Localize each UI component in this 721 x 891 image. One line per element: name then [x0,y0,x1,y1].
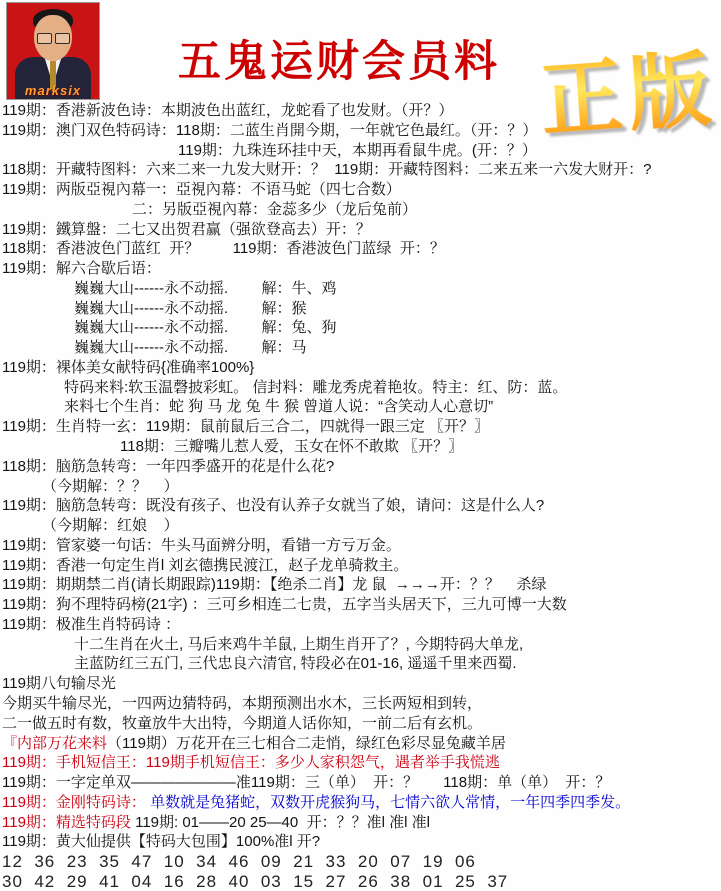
text-segment: 119期：金刚特码诗： [2,794,146,811]
content-line: 主蓝防红三五门, 三代忠良六清官, 特段必在01-16, 遥遥千里来西蜀. [2,654,719,674]
content-line: 二：另版亞視內幕：金蕊多少（龙后兔前） [2,200,719,220]
text-segment: 119期：一字定单双———————准119期：三（单） 开：？ 118期：单（单… [2,774,610,791]
text-segment: 巍巍大山------永不动摇. 解：牛、鸡 [74,280,336,297]
content-line: 特码来料:软玉温磬披彩虹。 信封料：雕龙秀虎着艳妆。特主：红、防：蓝。 [2,378,719,398]
content-line: 『内部万花来料（119期）万花开在三七相合二走悄，绿红色彩尽显兔藏羊居 [2,734,719,754]
content-line: 119期：解六合歇后语： [2,259,719,279]
content-line: 119期：期期禁二肖(请长期跟踪)119期：【绝杀二肖】龙 鼠 →→→开：？？ … [2,575,719,595]
content-line: 119期：极准生肖特码诗 ： [2,615,719,635]
text-segment: 二：另版亞視內幕：金蕊多少（龙后兔前） [132,201,417,218]
content-line: 来料七个生肖：蛇 狗 马 龙 兔 牛 猴 曾道人说：“含笑动人心意切” [2,397,719,417]
text-segment: （今期解：？？ ） [42,478,179,495]
content-line: 118期：脑筋急转弯：一年四季盛开的花是什么花? [2,457,719,477]
content-line: 119期：香港一句定生肖l 刘玄德携民渡江，赵子龙单骑救主。 [2,556,719,576]
photo-caption: marksix [7,83,99,98]
content-line: 十二生肖在火土, 马后来鸡牛羊鼠, 上期生肖开了？, 今期特码大单龙, [2,635,719,655]
content-line: 119期：脑筋急转弯：既没有孩子、也没有认养子女就当了娘，请问：这是什么人? [2,496,719,516]
content-line: 119期：裸体美女献特码{准确率100%} [2,358,719,378]
text-segment: 特码来料:软玉温磬披彩虹。 信封料：雕龙秀虎着艳妆。特主：红、防：蓝。 [64,379,567,396]
text-segment: 巍巍大山------永不动摇. 解：猴 [74,300,306,317]
text-segment: 119期：解六合歇后语： [2,260,161,277]
text-segment: 119期：九珠连环挂中天，本期再看鼠牛虎。(开：？） [178,142,537,159]
content-line: 巍巍大山------永不动摇. 解：牛、鸡 [2,279,719,299]
content-line: 119期：管家婆一句话：牛头马面辨分明，看错一方亏万金。 [2,536,719,556]
text-segment: 十二生肖在火土, 马后来鸡牛羊鼠, 上期生肖开了？, 今期特码大单龙, [74,636,523,653]
text-segment: （今期解：红娘 ） [42,517,179,534]
content-line: （今期解：红娘 ） [2,516,719,536]
content-line: 119期：两版亞視內幕一：亞視內幕：不语马蛇（四七合数） [2,180,719,200]
glasses-icon [37,33,52,44]
content-line: 119期：香港新波色诗：本期波色出蓝红，龙蛇看了也发财。（开？） [2,101,719,121]
content-line: 119期：生肖特一玄：119期：鼠前鼠后三合二，四就得一跟三定 〖开？〗 [2,417,719,437]
text-segment: 二一做五时有数，牧童放牛大出特，今期道人话你知，一前二后有玄机。 [2,715,482,732]
glasses-icon [55,33,70,44]
content-line: 118期：香港波色门蓝红 开？ 119期：香港波色门蓝绿 开：？ [2,239,719,259]
text-segment: 主蓝防红三五门, 三代忠良六清官, 特段必在01-16, 遥遥千里来西蜀. [74,655,517,672]
text-segment: 来料七个生肖：蛇 狗 马 龙 兔 牛 猴 曾道人说：“含笑动人心意切” [64,398,493,415]
content-line: 119期：九珠连环挂中天，本期再看鼠牛虎。(开：？） [2,141,719,161]
text-segment: 巍巍大山------永不动摇. 解：马 [74,339,306,356]
number-pool-row: 12 36 23 35 47 10 34 46 09 21 33 20 07 1… [2,852,476,871]
text-segment: 119期：手机短信王：119期手机短信王：多少人家积怨气，遇者举手我慌逃 [2,754,500,771]
content-line: 30 42 29 41 04 16 28 40 03 15 27 26 38 0… [2,872,719,891]
text-segment: 『内部万花来料 [2,735,107,752]
content-line: 二一做五时有数，牧童放牛大出特，今期道人话你知，一前二后有玄机。 [2,714,719,734]
content-line: 119期：手机短信王：119期手机短信王：多少人家积怨气，遇者举手我慌逃 [2,753,719,773]
text-segment: 119期：生肖特一玄：119期：鼠前鼠后三合二，四就得一跟三定 〖开？〗 [2,418,489,435]
content-line: 119期：金刚特码诗： 单数就是兔猪蛇，双数开虎猴狗马，七情六欲人常情，一年四季… [2,793,719,813]
content-line: 119期：精选特码段 119期: 01——20 25—40 开：？？准l 准l … [2,813,719,833]
content-line: 118期：开藏特图料：六来二来一九发大财开：？ 119期：开藏特图料：二来五来一… [2,160,719,180]
content-line: 巍巍大山------永不动摇. 解：猴 [2,299,719,319]
content-line: 119期：澳门双色特码诗：118期：二蓝生肖開今期，一年就它色最红。（开：？） [2,121,719,141]
page-title: 五鬼运财会员料 [178,28,500,89]
text-segment: 118期：开藏特图料：六来二来一九发大财开：？ 119期：开藏特图料：二来五来一… [2,161,652,178]
content-line: 12 36 23 35 47 10 34 46 09 21 33 20 07 1… [2,852,719,872]
text-segment: 119期：两版亞視內幕一：亞視內幕：不语马蛇（四七合数） [2,181,401,198]
text-segment: 119期八句输尽光 [2,675,116,692]
content-line: 119期八句输尽光 [2,674,719,694]
content-line: 119期：鐵算盤：二七又出贺君赢（强欲登高去）开：？ [2,220,719,240]
text-segment: 119期：鐵算盤：二七又出贺君赢（强欲登高去）开：？ [2,221,371,238]
text-segment: 118期：脑筋急转弯：一年四季盛开的花是什么花? [2,458,334,475]
content-line: 巍巍大山------永不动摇. 解：马 [2,338,719,358]
text-segment: 119期：极准生肖特码诗 ： [2,616,180,633]
text-segment: 119期：脑筋急转弯：既没有孩子、也没有认养子女就当了娘，请问：这是什么人? [2,497,544,514]
text-segment: 119期：裸体美女献特码{准确率100%} [2,359,254,376]
content-line: 119期：一字定单双———————准119期：三（单） 开：？ 118期：单（单… [2,773,719,793]
content-line: （今期解：？？ ） [2,477,719,497]
content-line: 今期买牛输尽光，一四两边猜特码，本期预测出水木，三长两短相到转， [2,694,719,714]
flyer-page: marksix 五鬼运财会员料 正版 119期：香港新波色诗：本期波色出蓝红，龙… [0,0,721,891]
portrait-photo: marksix [6,2,100,100]
text-segment: 单数就是兔猪蛇，双数开虎猴狗马，七情六欲人常情，一年四季四季发。 [146,794,630,811]
header: marksix 五鬼运财会员料 正版 [0,0,721,100]
text-segment: 119期：香港新波色诗：本期波色出蓝红，龙蛇看了也发财。（开？） [2,102,453,119]
text-segment: 巍巍大山------永不动摇. 解：兔、狗 [74,319,336,336]
text-segment: 119期：精选特码段 [2,814,131,831]
content: 119期：香港新波色诗：本期波色出蓝红，龙蛇看了也发财。（开？）119期：澳门双… [2,101,719,891]
text-segment: 今期买牛输尽光，一四两边猜特码，本期预测出水木，三长两短相到转， [2,695,482,712]
content-line: 119期：狗不理特码榜(21字) ：三可乡相连二七贵，五字当头居天下，三九可博一… [2,595,719,615]
text-segment: 119期：期期禁二肖(请长期跟踪)119期：【绝杀二肖】龙 鼠 →→→开：？？ … [2,576,547,593]
text-segment: 119期: 01——20 25—40 开：？？准l 准l 准l [131,814,430,831]
number-pool-row: 30 42 29 41 04 16 28 40 03 15 27 26 38 0… [2,872,508,891]
content-line: 巍巍大山------永不动摇. 解：兔、狗 [2,318,719,338]
text-segment: 119期：香港一句定生肖l 刘玄德携民渡江，赵子龙单骑救主。 [2,557,408,574]
text-segment: 119期：管家婆一句话：牛头马面辨分明，看错一方亏万金。 [2,537,401,554]
text-segment: 119期：澳门双色特码诗：118期：二蓝生肖開今期，一年就它色最红。（开：？） [2,122,537,139]
text-segment: 119期：狗不理特码榜(21字) ：三可乡相连二七贵，五字当头居天下，三九可博一… [2,596,567,613]
text-segment: 118期：三瓣嘴儿惹人爱，玉女在怀不敢欺 〖开？〗 [120,438,463,455]
text-segment: 119期：黄大仙提供【特码大包围】100%准l 开? [2,833,320,850]
text-segment: （119期）万花开在三七相合二走悄，绿红色彩尽显兔藏羊居 [107,735,506,752]
text-segment: 118期：香港波色门蓝红 开？ 119期：香港波色门蓝绿 开：？ [2,240,445,257]
content-line: 118期：三瓣嘴儿惹人爱，玉女在怀不敢欺 〖开？〗 [2,437,719,457]
content-line: 119期：黄大仙提供【特码大包围】100%准l 开? [2,832,719,852]
